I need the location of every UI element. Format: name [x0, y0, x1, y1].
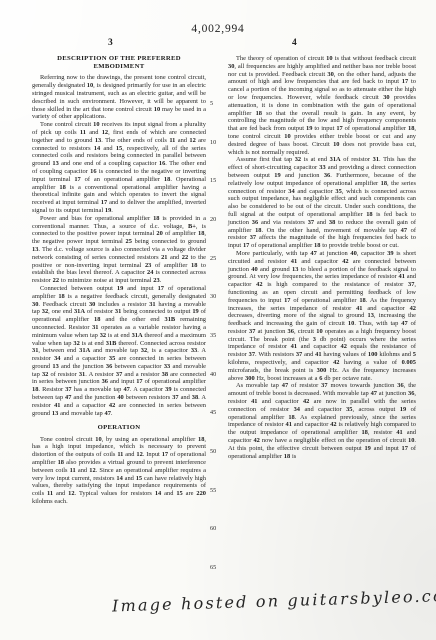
line-number: 55 — [210, 487, 216, 494]
line-number: 25 — [210, 255, 216, 262]
paragraph: Connected between output 19 and input 17… — [32, 285, 206, 418]
right-column: The theory of operation of circuit 10 is… — [228, 55, 416, 506]
line-number: 35 — [210, 332, 216, 339]
line-number: 10 — [210, 139, 216, 146]
column-number-left: 3 — [108, 38, 113, 48]
watermark-text: Image hosted on guitarsbyleo.com — [112, 586, 436, 616]
line-number: 5 — [210, 100, 213, 107]
paragraph: Assume first that tap 32 is at end 31A o… — [228, 156, 416, 250]
line-number: 15 — [210, 177, 216, 184]
section-heading-operation: OPERATION — [32, 424, 206, 432]
paragraph: The theory of operation of circuit 10 is… — [228, 55, 416, 156]
column-number-right: 4 — [292, 38, 297, 48]
section-heading-line2: EMBODIMENT — [94, 63, 145, 70]
paragraph: As movable tap 47 of resistor 37 moves t… — [228, 382, 416, 460]
line-number: 65 — [210, 564, 216, 571]
paragraph: More particularly, with tap 47 at juncti… — [228, 250, 416, 383]
line-number: 20 — [210, 216, 216, 223]
patent-page: 4,002,994 3 4 DESCRIPTION OF THE PREFERR… — [0, 0, 436, 640]
text-columns: DESCRIPTION OF THE PREFERRED EMBODIMENT … — [32, 55, 416, 506]
patent-number: 4,002,994 — [0, 23, 436, 35]
section-heading-line1: DESCRIPTION OF THE PREFERRED — [57, 55, 181, 62]
left-column: DESCRIPTION OF THE PREFERRED EMBODIMENT … — [32, 55, 206, 506]
line-number: 40 — [210, 371, 216, 378]
paragraph: Referring now to the drawings, the prese… — [32, 74, 206, 121]
section-heading-description: DESCRIPTION OF THE PREFERRED EMBODIMENT — [32, 55, 206, 71]
line-number: 60 — [210, 525, 216, 532]
paragraph: Power and bias for operational amplifier… — [32, 215, 206, 285]
paragraph: Tone control circuit 10, by using an ope… — [32, 436, 206, 506]
line-number: 45 — [210, 409, 216, 416]
paragraph: Tone control circuit 10 receives its inp… — [32, 121, 206, 215]
line-number: 50 — [210, 448, 216, 455]
line-number-gutter: 5 10 15 20 25 30 35 40 45 50 55 60 65 — [206, 55, 228, 506]
line-number: 30 — [210, 293, 216, 300]
